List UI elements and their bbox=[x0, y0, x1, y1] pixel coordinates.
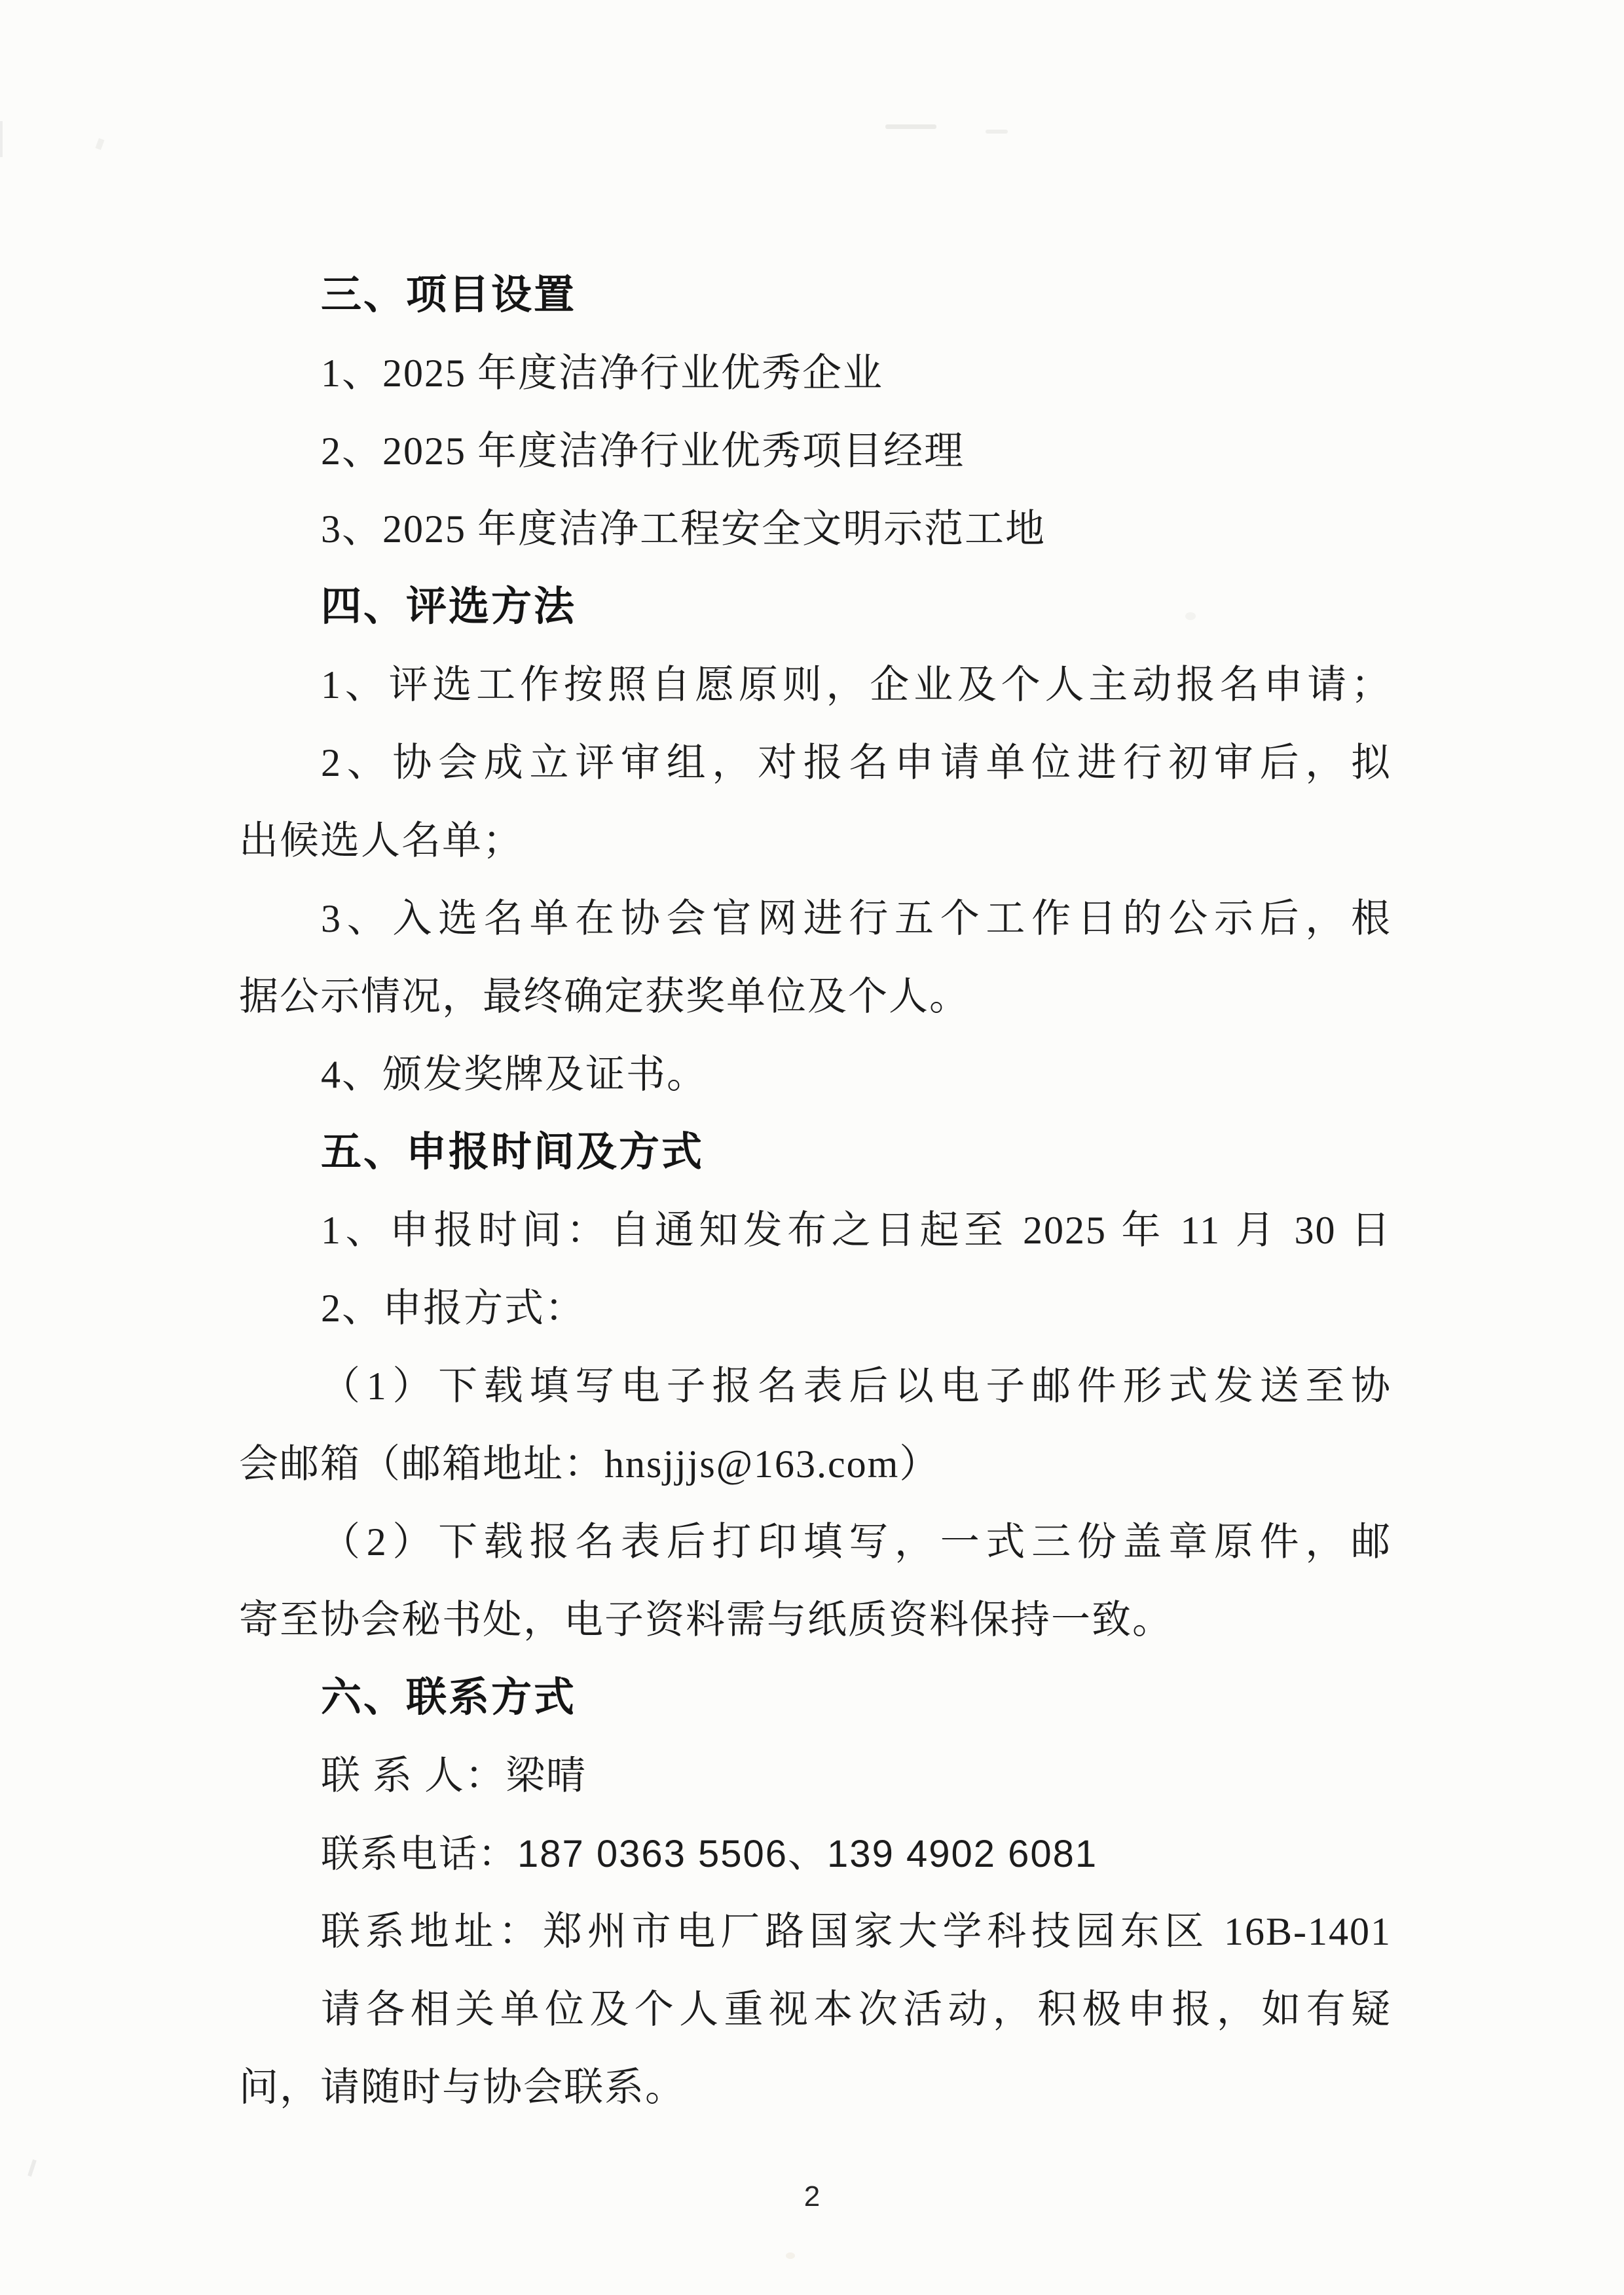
text-line: （2）下载报名表后打印填写，一式三份盖章原件，邮 bbox=[239, 1503, 1392, 1581]
text-line: 出候选人名单； bbox=[239, 802, 1392, 880]
text-line: 3、2025 年度洁净工程安全文明示范工地 bbox=[239, 490, 1392, 568]
text-line: 问，请随时与协会联系。 bbox=[239, 2049, 1392, 2127]
scan-artifact bbox=[28, 2159, 37, 2177]
scan-artifact bbox=[786, 2252, 795, 2259]
text-line: 联系电话：187 0363 5506、139 4902 6081 bbox=[239, 1815, 1392, 1893]
text-line: 会邮箱（邮箱地址：hnsjjjs@163.com） bbox=[239, 1425, 1392, 1503]
section-heading: 五、申报时间及方式 bbox=[239, 1114, 1392, 1192]
text-line: 寄至协会秘书处，电子资料需与纸质资料保持一致。 bbox=[239, 1581, 1392, 1659]
text-line: 2、2025 年度洁净行业优秀项目经理 bbox=[239, 413, 1392, 490]
scan-artifact bbox=[96, 138, 105, 150]
text-line: 2、协会成立评审组，对报名申请单位进行初审后，拟 bbox=[239, 724, 1392, 802]
text-line: （1）下载填写电子报名表后以电子邮件形式发送至协 bbox=[239, 1348, 1392, 1425]
section-heading: 四、评选方法 bbox=[239, 568, 1392, 646]
scan-artifact bbox=[885, 124, 936, 129]
text-line: 2、申报方式： bbox=[239, 1270, 1392, 1348]
text-line: 联 系 人：梁晴 bbox=[239, 1737, 1392, 1815]
scanned-document-page: 三、项目设置1、2025 年度洁净行业优秀企业2、2025 年度洁净行业优秀项目… bbox=[0, 0, 1624, 2295]
scan-artifact bbox=[986, 130, 1008, 134]
text-line: 1、评选工作按照自愿原则，企业及个人主动报名申请； bbox=[239, 646, 1392, 724]
text-line: 联系地址：郑州市电厂路国家大学科技园东区 16B-1401 bbox=[239, 1893, 1392, 1971]
text-line: 请各相关单位及个人重视本次活动，积极申报，如有疑 bbox=[239, 1971, 1392, 2049]
section-heading: 三、项目设置 bbox=[239, 257, 1392, 335]
text-line: 4、颁发奖牌及证书。 bbox=[239, 1036, 1392, 1114]
text-line: 3、入选名单在协会官网进行五个工作日的公示后，根 bbox=[239, 880, 1392, 958]
text-line: 据公示情况，最终确定获奖单位及个人。 bbox=[239, 958, 1392, 1036]
scan-artifact bbox=[0, 121, 3, 157]
section-heading: 六、联系方式 bbox=[239, 1659, 1392, 1737]
text-line: 1、2025 年度洁净行业优秀企业 bbox=[239, 335, 1392, 413]
text-line: 1、申报时间：自通知发布之日起至 2025 年 11 月 30 日 bbox=[239, 1192, 1392, 1270]
page-number: 2 bbox=[784, 2177, 840, 2216]
document-body: 三、项目设置1、2025 年度洁净行业优秀企业2、2025 年度洁净行业优秀项目… bbox=[239, 257, 1392, 2127]
